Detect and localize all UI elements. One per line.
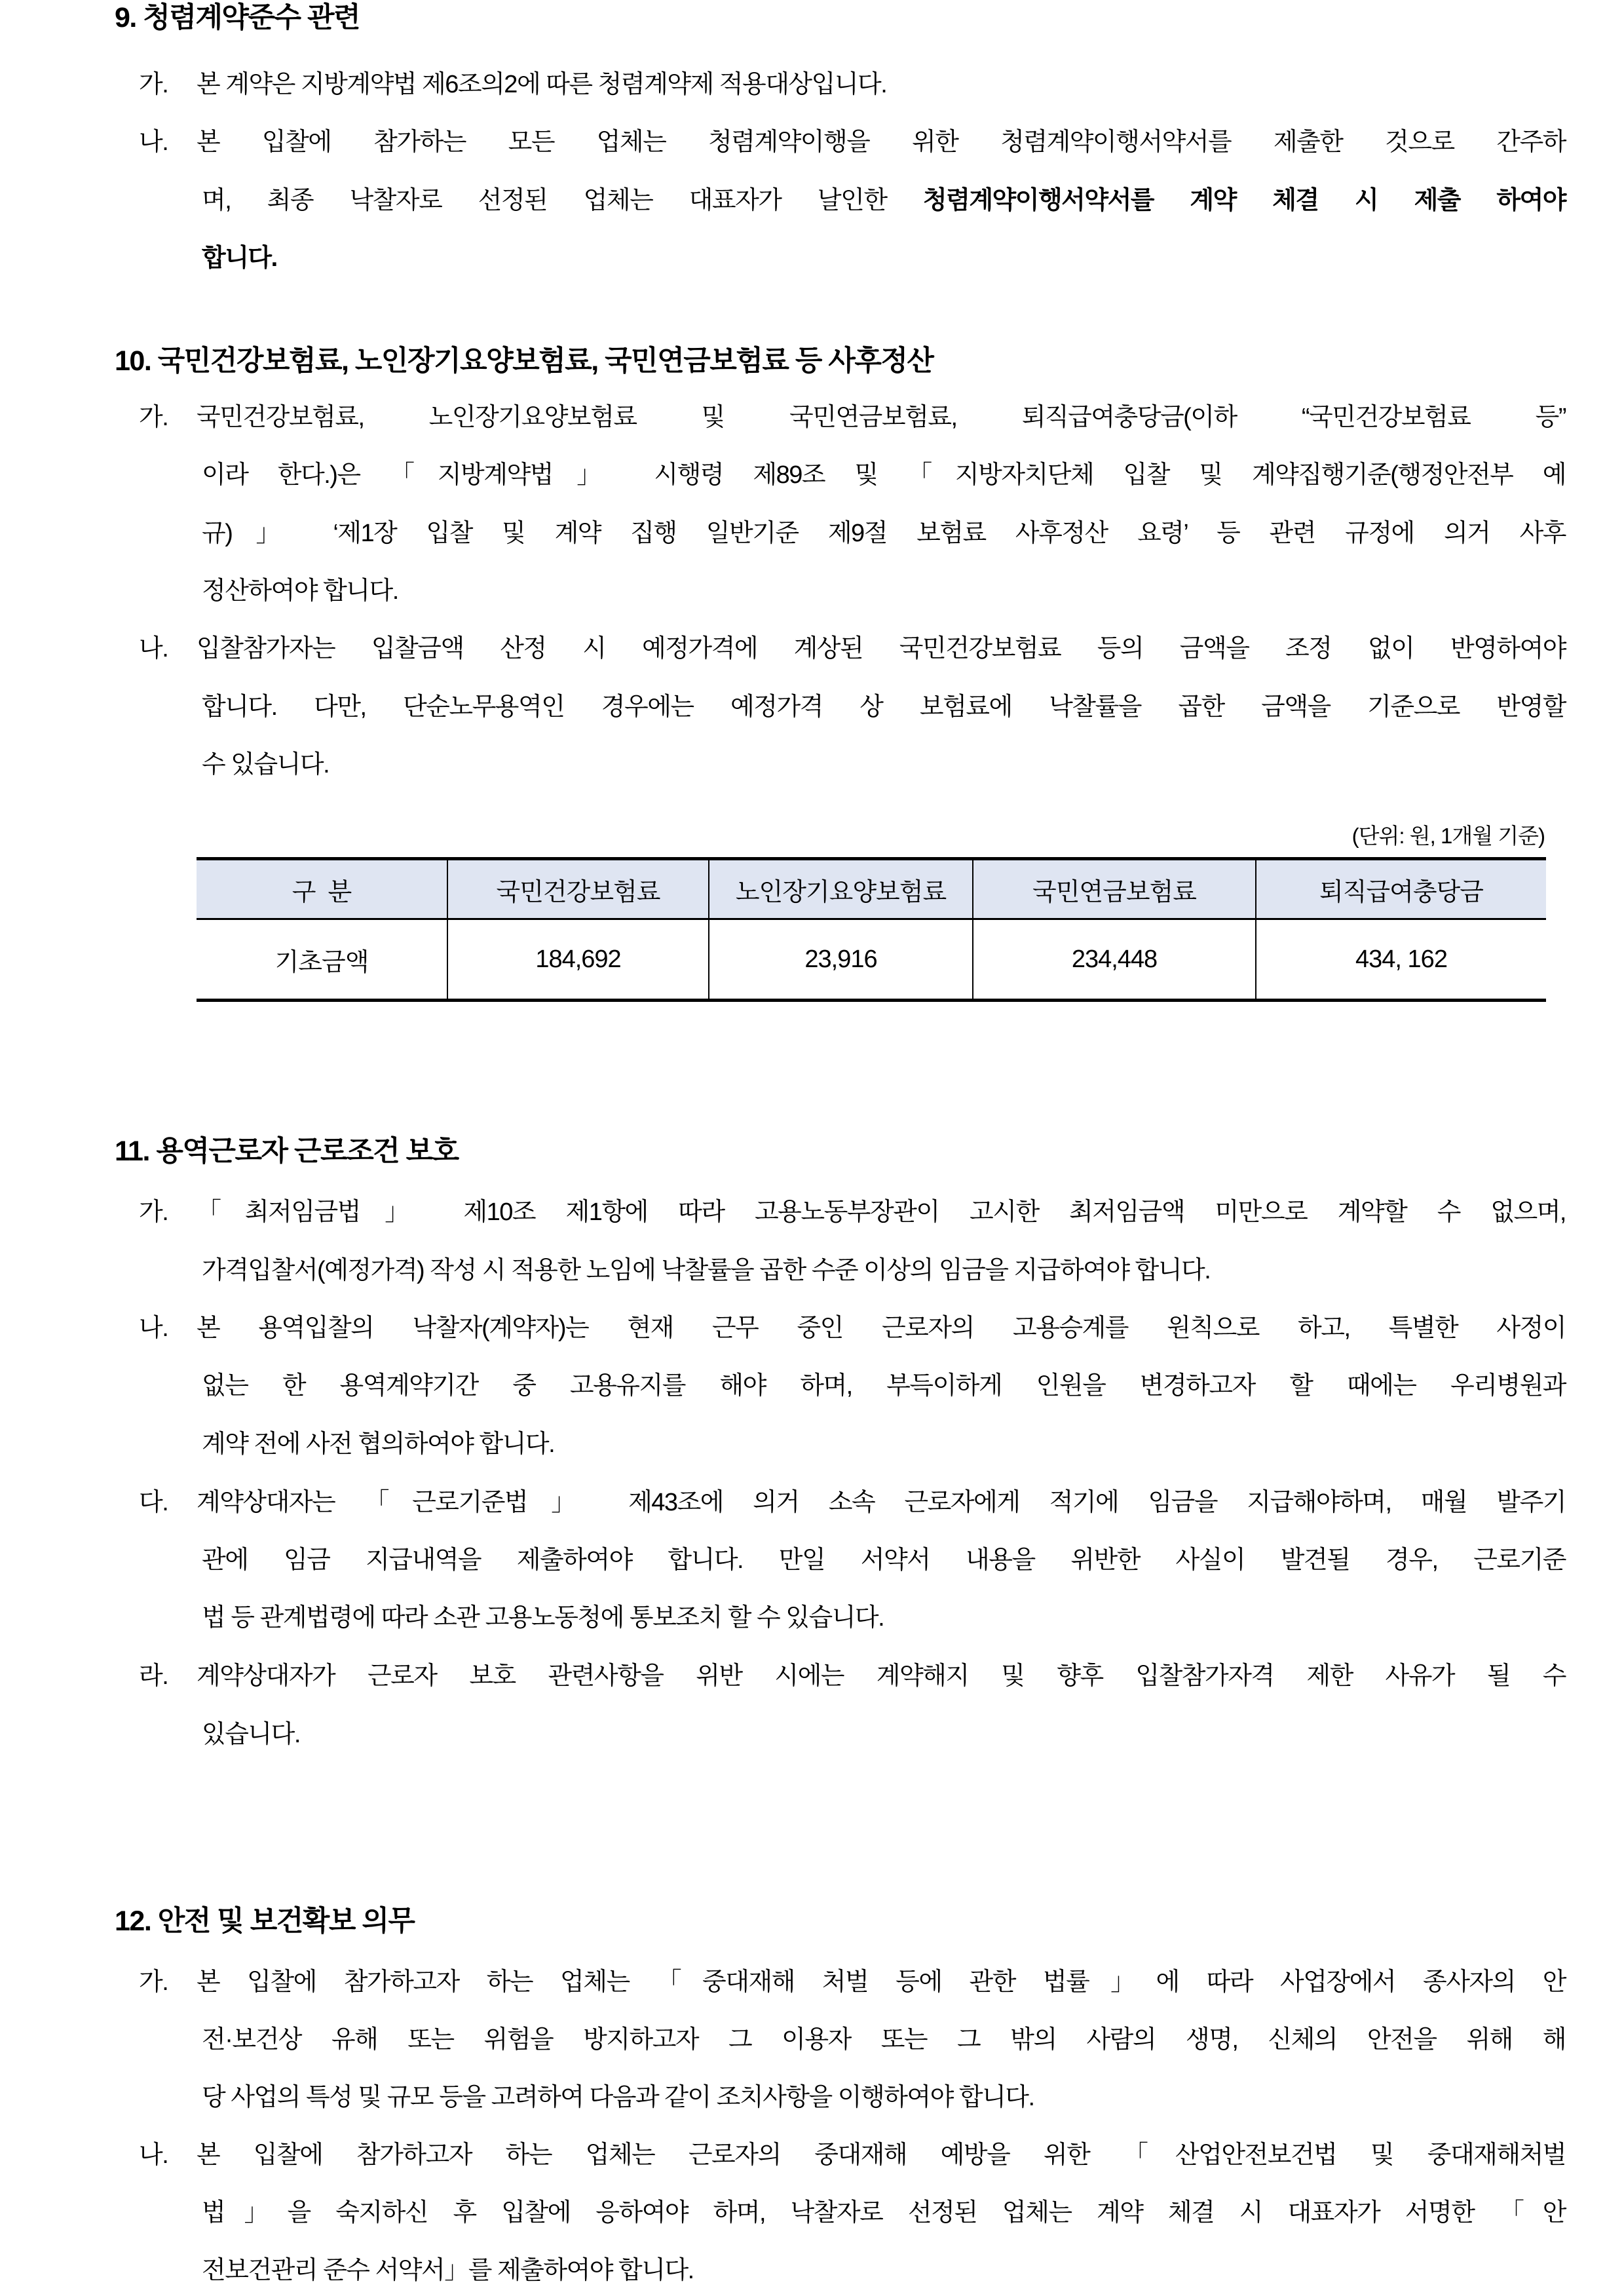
item-11-ra-line-2: 있습니다. <box>202 1719 1566 1751</box>
item-12-ga-line-1: 본 입찰에 참가하고자 하는 업체는 「중대재해 처벌 등에 관한 법률」에 따… <box>197 1967 1566 1999</box>
item-9-na-line-2-bold: 청렴계약이행서약서를 계약 체결 시 제출 하여야 <box>923 187 1566 214</box>
section-12-title: 12. 안전 및 보건확보 의무 <box>115 1905 414 1939</box>
table-header-severance-allowance: 퇴직급여충당금 <box>1255 860 1546 920</box>
section-10-title: 10. 국민건강보험료, 노인장기요양보험료, 국민연금보험료 등 사후정산 <box>115 345 933 379</box>
item-11-na-label: 나. <box>139 1313 168 1345</box>
item-11-da-line-2: 관에 임금 지급내역을 제출하여야 합니다. 만일 서약서 내용을 위반한 사실… <box>202 1545 1566 1577</box>
item-10-ga-line-4: 정산하여야 합니다. <box>202 576 1566 607</box>
item-9-na-line-2: 며, 최종 낙찰자로 선정된 업체는 대표자가 날인한 청렴계약이행서약서를 계… <box>202 185 1566 217</box>
table-unit-caption: (단위: 원, 1개월 기준) <box>850 819 1545 850</box>
item-9-na-line-2-normal: 며, 최종 낙찰자로 선정된 업체는 대표자가 날인한 <box>202 187 923 214</box>
item-9-na-line-1: 본 입찰에 참가하는 모든 업체는 청렴계약이행을 위한 청렴계약이행서약서를 … <box>197 127 1566 159</box>
item-11-ra-label: 라. <box>139 1661 168 1693</box>
item-11-da-line-3: 법 등 관계법령에 따라 소관 고용노동청에 통보조치 할 수 있습니다. <box>202 1603 1566 1634</box>
item-10-na-line-2: 합니다. 다만, 단순노무용역인 경우에는 예정가격 상 보험료에 낙찰률을 곱… <box>202 692 1566 723</box>
table-header-national-pension: 국민연금보험료 <box>972 860 1255 920</box>
section-11-title: 11. 용역근로자 근로조건 보호 <box>115 1135 459 1169</box>
item-11-na-line-2: 없는 한 용역계약기간 중 고용유지를 해야 하며, 부득이하게 인원을 변경하… <box>202 1371 1566 1402</box>
item-9-ga-line-1: 본 계약은 지방계약법 제6조의2에 따른 청렴계약제 적용대상입니다. <box>197 69 1566 101</box>
table-value-health-insurance: 184,692 <box>447 920 708 999</box>
item-10-na-label: 나. <box>139 634 168 665</box>
insurance-table: 구 분 국민건강보험료 노인장기요양보험료 국민연금보험료 퇴직급여충당금 기초… <box>197 857 1546 1002</box>
item-10-ga-label: 가. <box>139 402 168 434</box>
item-9-na-line-3: 합니다. <box>202 243 1566 275</box>
item-11-ga-line-2: 가격입찰서(예정가격) 작성 시 적용한 노임에 낙찰률을 곱한 수준 이상의 … <box>202 1255 1566 1287</box>
item-12-na-line-3: 전보건관리 준수 서약서」를 제출하여야 합니다. <box>202 2255 1566 2287</box>
item-11-da-label: 다. <box>139 1487 168 1519</box>
table-row-label: 기초금액 <box>197 920 447 999</box>
table-header-health-insurance: 국민건강보험료 <box>447 860 708 920</box>
table-header-category: 구 분 <box>197 860 447 920</box>
item-12-ga-line-3: 당 사업의 특성 및 규모 등을 고려하여 다음과 같이 조치사항을 이행하여야… <box>202 2082 1566 2114</box>
item-11-ra-line-1: 계약상대자가 근로자 보호 관련사항을 위반 시에는 계약해지 및 향후 입찰참… <box>197 1661 1566 1693</box>
table-value-severance-allowance: 434, 162 <box>1255 920 1546 999</box>
table-header-longterm-care: 노인장기요양보험료 <box>708 860 972 920</box>
item-12-ga-label: 가. <box>139 1967 168 1999</box>
item-11-na-line-1: 본 용역입찰의 낙찰자(계약자)는 현재 근무 중인 근로자의 고용승계를 원칙… <box>197 1313 1566 1345</box>
item-12-ga-line-2: 전·보건상 유해 또는 위험을 방지하고자 그 이용자 또는 그 밖의 사람의 … <box>202 2025 1566 2056</box>
item-10-ga-line-3: 규)」 ‘제1장 입찰 및 계약 집행 일반기준 제9절 보험료 사후정산 요령… <box>202 518 1566 550</box>
item-10-na-line-1: 입찰참가자는 입찰금액 산정 시 예정가격에 계상된 국민건강보험료 등의 금액… <box>197 634 1566 665</box>
item-11-na-line-3: 계약 전에 사전 협의하여야 합니다. <box>202 1429 1566 1461</box>
item-9-ga-label: 가. <box>139 69 168 101</box>
item-12-na-line-2: 법」을 숙지하신 후 입찰에 응하여야 하며, 낙찰자로 선정된 업체는 계약 … <box>202 2198 1566 2229</box>
item-10-ga-line-1: 국민건강보험료, 노인장기요양보험료 및 국민연금보험료, 퇴직급여충당금(이하… <box>197 402 1566 434</box>
table-value-national-pension: 234,448 <box>972 920 1255 999</box>
item-12-na-label: 나. <box>139 2140 168 2172</box>
document-page: 9. 청렴계약준수 관련 가. 본 계약은 지방계약법 제6조의2에 따른 청렴… <box>0 0 1624 2296</box>
item-10-ga-line-2: 이라 한다.)은 「지방계약법」 시행령 제89조 및 「지방자치단체 입찰 및… <box>202 460 1566 491</box>
item-11-ga-line-1: 「최저임금법」 제10조 제1항에 따라 고용노동부장관이 고시한 최저임금액 … <box>197 1197 1566 1229</box>
item-11-da-line-1: 계약상대자는 「근로기준법」 제43조에 의거 소속 근로자에게 적기에 임금을… <box>197 1487 1566 1519</box>
table-value-longterm-care: 23,916 <box>708 920 972 999</box>
item-9-na-line-3-bold: 합니다. <box>202 244 277 272</box>
item-11-ga-label: 가. <box>139 1197 168 1229</box>
section-9-title: 9. 청렴계약준수 관련 <box>115 1 360 35</box>
item-9-na-label: 나. <box>139 127 168 159</box>
item-10-na-line-3: 수 있습니다. <box>202 750 1566 781</box>
item-12-na-line-1: 본 입찰에 참가하고자 하는 업체는 근로자의 중대재해 예방을 위한 「산업안… <box>197 2140 1566 2172</box>
